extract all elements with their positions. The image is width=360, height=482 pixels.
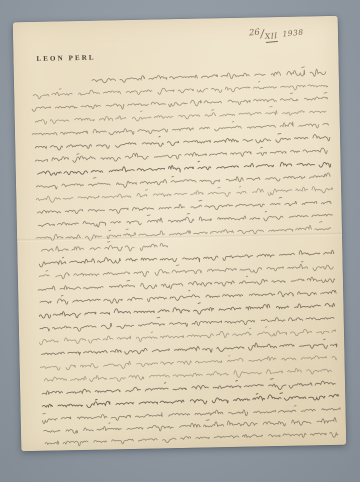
- handwriting-line: [32, 92, 328, 112]
- handwriting-line: [38, 208, 332, 229]
- handwriting-line: [36, 183, 333, 203]
- letter-paper: LEON PERL 26/XII1938: [13, 16, 347, 451]
- handwriting-line: [45, 431, 338, 447]
- handwriting-line: [38, 273, 335, 293]
- handwriting-line: [92, 66, 326, 84]
- handwriting-line: [35, 145, 327, 164]
- handwriting-line: [41, 240, 167, 255]
- handwriting-line: [37, 196, 331, 216]
- handwriting-line: [39, 260, 333, 281]
- handwriting-line: [40, 352, 336, 371]
- handwriting-line: [40, 311, 335, 332]
- handwriting-line: [39, 248, 334, 267]
- handwriting-line: [35, 104, 326, 124]
- scan-background: LEON PERL 26/XII1938: [0, 0, 360, 482]
- handwriting-line: [32, 118, 328, 138]
- handwriting-line: [40, 285, 336, 305]
- handwriting-line: [37, 157, 330, 177]
- handwriting-line: [44, 367, 331, 384]
- handwriting-line: [33, 79, 328, 99]
- handwriting-line: [42, 391, 339, 410]
- handwriting-line: [41, 339, 337, 358]
